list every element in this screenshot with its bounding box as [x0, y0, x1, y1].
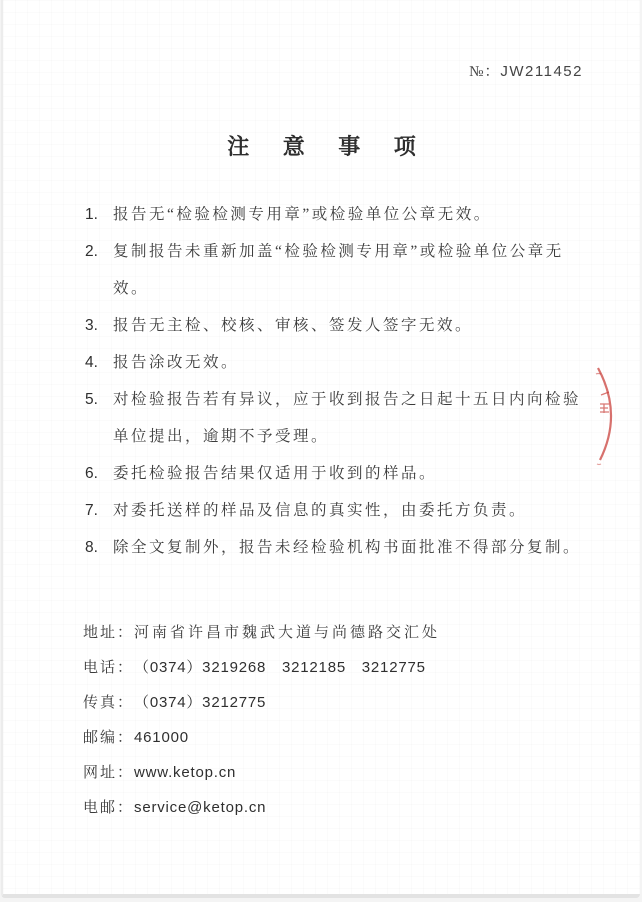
contact-value: www.ketop.cn [134, 763, 236, 783]
note-text: 复制报告未重新加盖“检验检测专用章”或检验单位公章无效。 [113, 233, 582, 307]
doc-number-label: №： [469, 64, 500, 80]
note-text: 除全文复制外，报告未经检验机构书面批准不得部分复制。 [113, 529, 582, 566]
note-item: 5. 对检验报告若有异议，应于收到报告之日起十五日内向检验单位提出，逾期不予受理… [85, 381, 582, 455]
contact-value: （0374）3212775 [134, 693, 266, 713]
note-text: 委托检验报告结果仅适用于收到的样品。 [113, 455, 582, 492]
contact-line-phone: 电话： （0374）3219268 3212185 3212775 [83, 658, 640, 693]
note-text: 对检验报告若有异议，应于收到报告之日起十五日内向检验单位提出，逾期不予受理。 [113, 381, 582, 455]
note-text: 报告涂改无效。 [113, 344, 582, 381]
contact-label: 地址： [83, 623, 134, 643]
contact-label: 传真： [83, 693, 134, 713]
contact-value: 461000 [134, 728, 189, 748]
note-item: 8. 除全文复制外，报告未经检验机构书面批准不得部分复制。 [85, 529, 582, 566]
contact-label: 邮编： [83, 728, 134, 748]
note-item: 1. 报告无“检验检测专用章”或检验单位公章无效。 [85, 196, 582, 233]
contact-value: 河南省许昌市魏武大道与尚德路交汇处 [134, 623, 440, 643]
notes-list: 1. 报告无“检验检测专用章”或检验单位公章无效。 2. 复制报告未重新加盖“检… [85, 196, 582, 566]
contact-block: 地址： 河南省许昌市魏武大道与尚德路交汇处 电话： （0374）3219268 … [83, 623, 640, 833]
note-item: 6. 委托检验报告结果仅适用于收到的样品。 [85, 455, 582, 492]
contact-line-zipcode: 邮编： 461000 [83, 728, 640, 763]
doc-number: №：JW211452 [3, 0, 640, 81]
note-item: 7. 对委托送样的样品及信息的真实性，由委托方负责。 [85, 492, 582, 529]
note-number: 7. [85, 492, 113, 529]
note-text: 报告无“检验检测专用章”或检验单位公章无效。 [113, 196, 582, 233]
contact-label: 电邮： [83, 798, 134, 818]
contact-line-fax: 传真： （0374）3212775 [83, 693, 640, 728]
doc-number-value: JW211452 [500, 63, 583, 80]
note-number: 8. [85, 529, 113, 566]
note-item: 2. 复制报告未重新加盖“检验检测专用章”或检验单位公章无效。 [85, 233, 582, 307]
contact-value: （0374）3219268 3212185 3212775 [134, 658, 426, 678]
note-number: 2. [85, 233, 113, 270]
contact-line-address: 地址： 河南省许昌市魏武大道与尚德路交汇处 [83, 623, 640, 658]
contact-label: 电话： [83, 658, 134, 678]
note-item: 4. 报告涂改无效。 [85, 344, 582, 381]
partial-seal-stamp-icon [587, 360, 629, 468]
contact-label: 网址： [83, 763, 134, 783]
page-title: 注 意 事 项 [3, 134, 640, 160]
note-item: 3. 报告无主检、校核、审核、签发人签字无效。 [85, 307, 582, 344]
note-number: 6. [85, 455, 113, 492]
contact-line-email: 电邮： service@ketop.cn [83, 798, 640, 833]
note-text: 对委托送样的样品及信息的真实性，由委托方负责。 [113, 492, 582, 529]
note-number: 4. [85, 344, 113, 381]
document-page: №：JW211452 注 意 事 项 1. 报告无“检验检测专用章”或检验单位公… [1, 0, 640, 898]
note-number: 5. [85, 381, 113, 418]
contact-line-website: 网址： www.ketop.cn [83, 763, 640, 798]
note-text: 报告无主检、校核、审核、签发人签字无效。 [113, 307, 582, 344]
note-number: 3. [85, 307, 113, 344]
contact-value: service@ketop.cn [134, 798, 266, 818]
note-number: 1. [85, 196, 113, 233]
